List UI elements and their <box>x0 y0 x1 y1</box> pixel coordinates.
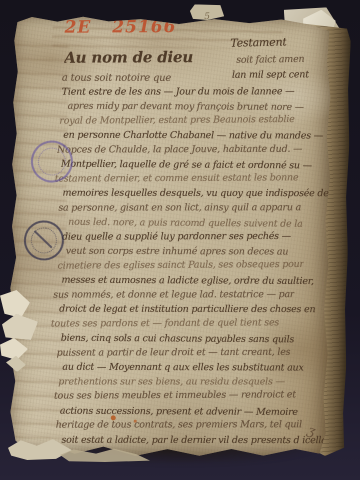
manuscript-line: veut son corps estre inhumé apres son de… <box>66 246 288 258</box>
manuscript-line: memoires lesquelles desquels, vu quoy qu… <box>63 188 329 200</box>
manuscript-line: en personne Charlotte Chabanel — native … <box>63 130 323 142</box>
manuscript-line: apres midy par devant moy françois brune… <box>68 101 305 114</box>
archival-number: 2E 25166 <box>65 17 177 38</box>
manuscript-line: messes et aumosnes a ladicte eglise, ord… <box>61 275 313 288</box>
manuscript-line: actions successions, present et advenir … <box>60 406 298 419</box>
manuscript-line: Montpellier, laquelle de gré se a faict … <box>61 159 312 172</box>
manuscript-line: puissent a partir de leur droit et — tan… <box>57 347 291 359</box>
manuscript-line: testament dernier, et comme ensuit estan… <box>55 172 299 185</box>
opening-line: a tous soit notoire que <box>62 73 171 85</box>
header-right-line: soit faict amen <box>236 54 304 66</box>
manuscript-line: prethentions sur ses biens, au residu de… <box>58 377 285 388</box>
manuscript-line: toutes ses pardons et — fondant de quel … <box>51 317 279 330</box>
manuscript-line: dieu quelle a supplié luy pardonner ses … <box>62 231 291 243</box>
ink-blot <box>111 415 116 420</box>
top-edge-paper-tab: 5 <box>190 3 225 20</box>
manuscript-page: 2E 25166 Testament soit faict amen lan m… <box>7 14 332 460</box>
manuscript-line: soit estat a ladicte, par le dernier vil… <box>61 435 331 447</box>
manuscript-scan: 5 2E 25166 Testament soit faict amen lan… <box>0 0 360 480</box>
manuscript-line: tous ses biens meubles et immeubles — re… <box>54 389 296 402</box>
manuscript-line: royal de Montpellier, estant pres Beauno… <box>59 114 294 127</box>
manuscript-line: biens, cinq sols a cui chascuns payables… <box>61 333 294 346</box>
stamp-inner-ring <box>35 145 69 179</box>
manuscript-line: heritage de tous contrats, ses premiers … <box>56 419 302 431</box>
ink-blot <box>134 420 137 423</box>
header-right-line: lan mil sept cent <box>232 69 309 81</box>
manuscript-line: au dict — Moyennant q aux elles les subs… <box>62 362 303 374</box>
manuscript-line: cimetiere des eglises sainct Pauls, ses … <box>58 259 304 272</box>
manuscript-line: droict de legat et institution particull… <box>59 304 315 316</box>
manuscript-line: Nopces de Chaulde, la place Jouve, habit… <box>57 144 302 156</box>
manuscript-line: sus nommés, et donne et legue lad. testa… <box>53 289 294 301</box>
opening-invocation: Au nom de dieu <box>64 48 193 67</box>
title-testament: Testament <box>230 35 287 49</box>
manuscript-line: Tient estre de les ans — Jour du mois de… <box>62 86 295 98</box>
manuscript-line: sa personne, gisant en son lict, ainsy q… <box>58 202 301 214</box>
manuscript-line: nous led. nore, a puis racomd quelles su… <box>68 217 303 230</box>
